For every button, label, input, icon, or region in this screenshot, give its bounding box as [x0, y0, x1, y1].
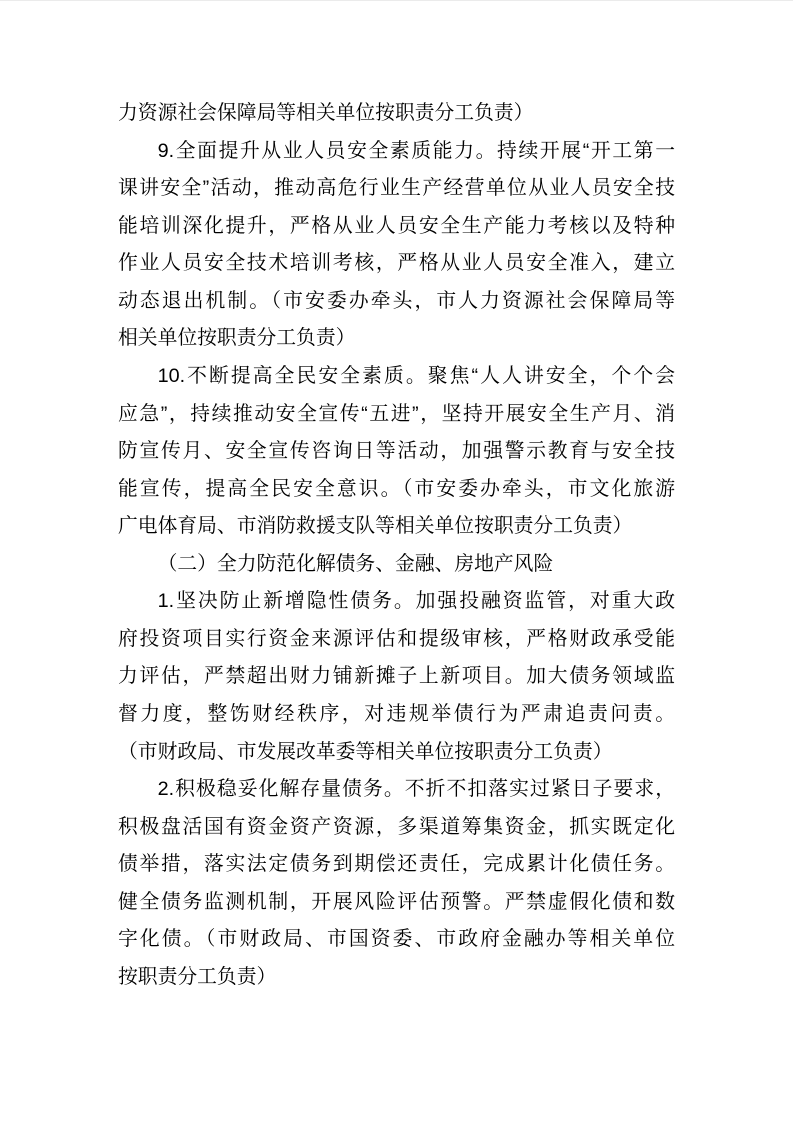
text-line: （市财政局、市发展改革委等相关单位按职责分工负责） [118, 734, 675, 772]
text-line: 力资源社会保障局等相关单位按职责分工负责） [118, 95, 675, 133]
text-line: 能培训深化提升，严格从业人员安全生产能力考核以及特种 [118, 208, 675, 246]
para-item-10: 10.不断提高全民安全素质。聚焦“人人讲安全，个个会应急”，持续推动安全宣传“五… [118, 358, 675, 546]
para-item-9: 9.全面提升从业人员安全素质能力。持续开展“开工第一课讲安全”活动，推动高危行业… [118, 133, 675, 358]
text-line: 作业人员安全技术培训考核，严格从业人员安全准入，建立 [118, 245, 675, 283]
document-page: 力资源社会保障局等相关单位按职责分工负责）9.全面提升从业人员安全素质能力。持续… [0, 0, 793, 1122]
text-line: 应急”，持续推动安全宣传“五进”，坚持开展安全生产月、消 [118, 396, 675, 434]
text-line: 广电体育局、市消防救援支队等相关单位按职责分工负责） [118, 508, 675, 546]
para-item-1: 1.坚决防止新增隐性债务。加强投融资监管，对重大政府投资项目实行资金来源评估和提… [118, 583, 675, 771]
text-line: 2.积极稳妥化解存量债务。不折不扣落实过紧日子要求， [118, 771, 675, 809]
text-line: 9.全面提升从业人员安全素质能力。持续开展“开工第一 [118, 133, 675, 171]
text-line: 防宣传月、安全宣传咨询日等活动，加强警示教育与安全技 [118, 433, 675, 471]
text-line: 字化债。（市财政局、市国资委、市政府金融办等相关单位 [118, 921, 675, 959]
text-line: 力评估，严禁超出财力铺新摊子上新项目。加大债务领域监 [118, 658, 675, 696]
text-line: 动态退出机制。（市安委办牵头，市人力资源社会保障局等 [118, 283, 675, 321]
text-line: 课讲安全”活动，推动高危行业生产经营单位从业人员安全技 [118, 170, 675, 208]
page-top-edge [0, 0, 793, 1]
text-line: （二）全力防范化解债务、金融、房地产风险 [118, 546, 675, 584]
text-line: 债举措，落实法定债务到期偿还责任，完成累计化债任务。 [118, 846, 675, 884]
document-body: 力资源社会保障局等相关单位按职责分工负责）9.全面提升从业人员安全素质能力。持续… [118, 95, 675, 997]
text-line: 10.不断提高全民安全素质。聚焦“人人讲安全，个个会 [118, 358, 675, 396]
text-line: 督力度，整饬财经秩序，对违规举债行为严肃追责问责。 [118, 696, 675, 734]
para-continuation: 力资源社会保障局等相关单位按职责分工负责） [118, 95, 675, 133]
text-line: 相关单位按职责分工负责） [118, 320, 675, 358]
text-line: 健全债务监测机制，开展风险评估预警。严禁虚假化债和数 [118, 884, 675, 922]
text-line: 能宣传，提高全民安全意识。（市安委办牵头，市文化旅游 [118, 471, 675, 509]
text-line: 积极盘活国有资金资产资源，多渠道筹集资金，抓实既定化 [118, 809, 675, 847]
text-line: 1.坚决防止新增隐性债务。加强投融资监管，对重大政 [118, 583, 675, 621]
section-heading-2: （二）全力防范化解债务、金融、房地产风险 [118, 546, 675, 584]
text-line: 按职责分工负责） [118, 959, 675, 997]
para-item-2: 2.积极稳妥化解存量债务。不折不扣落实过紧日子要求，积极盘活国有资金资产资源，多… [118, 771, 675, 996]
text-line: 府投资项目实行资金来源评估和提级审核，严格财政承受能 [118, 621, 675, 659]
